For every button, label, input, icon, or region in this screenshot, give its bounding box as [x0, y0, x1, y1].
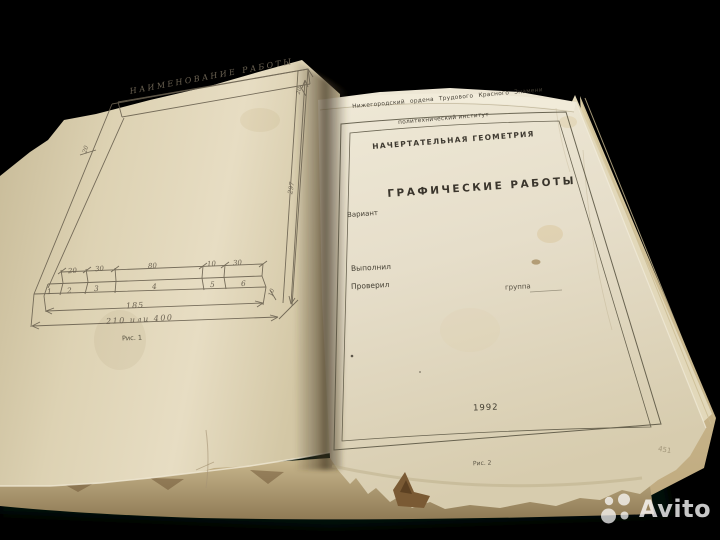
- avito-watermark: Avito: [600, 492, 711, 526]
- dim-top-4: 10: [207, 260, 216, 269]
- cell-6: 6: [241, 279, 246, 288]
- avito-logo-icon: [600, 492, 634, 526]
- avito-watermark-text: Avito: [639, 495, 711, 523]
- left-page: [0, 60, 340, 486]
- dim-top-5: 30: [233, 259, 242, 268]
- figure2-caption: Рис. 2: [473, 460, 492, 468]
- photo-scene: НАИМЕНОВАНИЕ РАБОТЫ 20 20 297 10 20 30 8…: [0, 0, 720, 540]
- group-label: группа: [505, 282, 531, 291]
- dim-top-3: 80: [148, 262, 157, 271]
- cell-1: 1: [47, 287, 52, 296]
- cell-2: 2: [67, 286, 72, 295]
- cell-5: 5: [210, 280, 215, 289]
- year-label: 1992: [473, 403, 499, 414]
- figure1-caption: Рис. 1: [122, 333, 142, 342]
- dim-top-2: 30: [95, 265, 104, 274]
- dim-top-1: 20: [68, 267, 77, 276]
- dim-inner-width: 185: [126, 301, 145, 311]
- cell-3: 3: [94, 284, 99, 293]
- cell-4: 4: [152, 282, 157, 291]
